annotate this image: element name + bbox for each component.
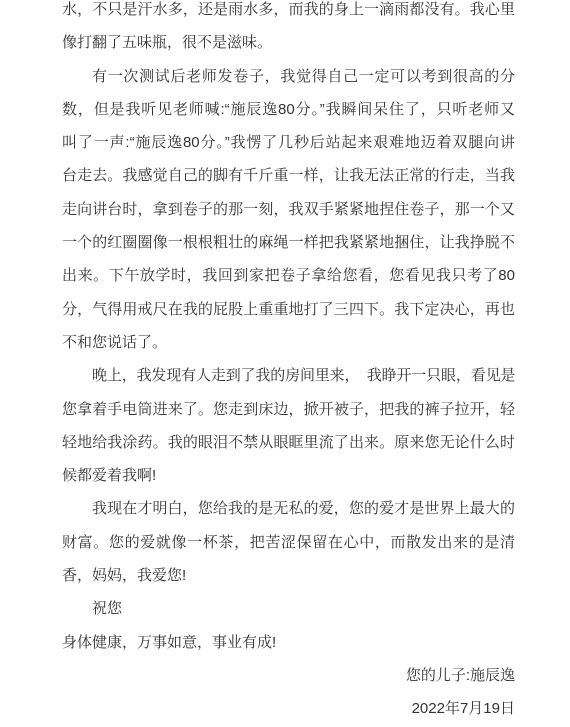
body-line: 台走去。我感觉自己的脚有千斤重一样，让我无法正常的行走，当我 bbox=[62, 159, 515, 192]
closing-salute-lead: 祝您 bbox=[62, 592, 515, 625]
letter-page: 水，不只是汗水多，还是雨水多，而我的身上一滴雨都没有。我心里 像打翻了五味瓶，很… bbox=[0, 0, 570, 727]
body-line: 不和您说话了。 bbox=[62, 326, 515, 359]
body-line: 叫了一声:“施辰逸80分。”我愣了几秒后站起来艰难地迈着双腿向讲 bbox=[62, 126, 515, 159]
body-line: 我现在才明白，您给我的是无私的爱，您的爱才是世界上最大的 bbox=[62, 492, 515, 525]
body-line: 走向讲台时，拿到卷子的那一刻，我双手紧紧地捏住卷子，那一个又 bbox=[62, 193, 515, 226]
body-line: 候都爱着我啊! bbox=[62, 459, 515, 492]
signature-signer: 您的儿子:施辰逸 bbox=[62, 659, 515, 692]
signature-date: 2022年7月19日 bbox=[62, 692, 515, 725]
body-line: 香，妈妈，我爱您! bbox=[62, 559, 515, 592]
body-line: 数，但是我听见老师喊:“施辰逸80分。”我瞬间呆住了，只听老师又 bbox=[62, 93, 515, 126]
body-line: 一个的红圈圈像一根根粗壮的麻绳一样把我紧紧地捆住，让我挣脱不 bbox=[62, 226, 515, 259]
body-line: 出来。下午放学时，我回到家把卷子拿给您看，您看见我只考了80 bbox=[62, 259, 515, 292]
body-line: 晚上，我发现有人走到了我的房间里来， 我睁开一只眼，看见是 bbox=[62, 359, 515, 392]
body-line: 您拿着手电筒进来了。您走到床边，掀开被子，把我的裤子拉开，轻 bbox=[62, 393, 515, 426]
body-line: 轻地给我涂药。我的眼泪不禁从眼眶里流了出来。原来您无论什么时 bbox=[62, 426, 515, 459]
letter-body: 水，不只是汗水多，还是雨水多，而我的身上一滴雨都没有。我心里 像打翻了五味瓶，很… bbox=[62, 0, 515, 726]
closing-salute-body: 身体健康，万事如意，事业有成! bbox=[62, 626, 515, 659]
body-line: 分，气得用戒尺在我的屁股上重重地打了三四下。我下定决心，再也 bbox=[62, 293, 515, 326]
body-line: 财富。您的爱就像一杯茶，把苦涩保留在心中，而散发出来的是清 bbox=[62, 526, 515, 559]
body-line: 像打翻了五味瓶，很不是滋味。 bbox=[62, 26, 515, 59]
body-line: 有一次测试后老师发卷子，我觉得自己一定可以考到很高的分 bbox=[62, 60, 515, 93]
body-line: 水，不只是汗水多，还是雨水多，而我的身上一滴雨都没有。我心里 bbox=[62, 0, 515, 26]
